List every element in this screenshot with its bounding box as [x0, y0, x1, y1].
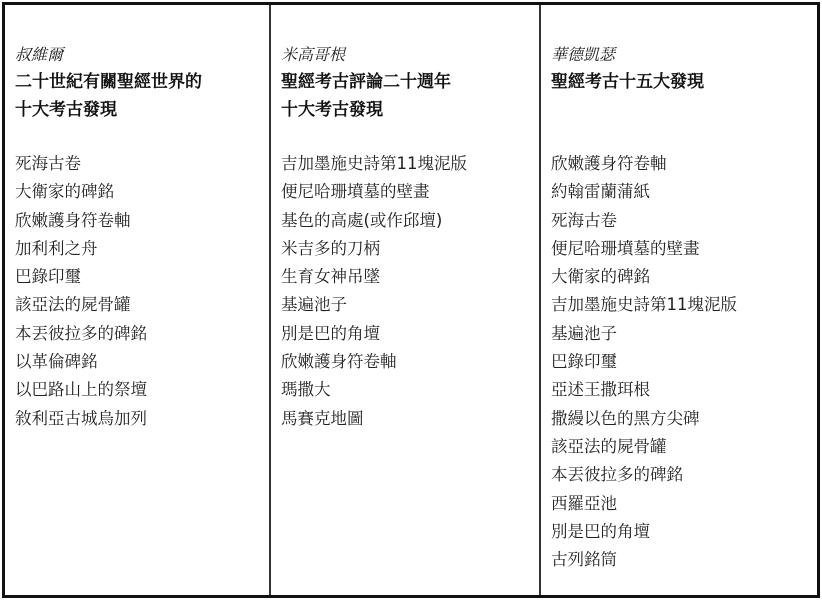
column-mcgovern: 米高哥根 聖經考古評論二十週年 十大考古發現 吉加墨施史詩第11塊泥版 便尼哈珊… [271, 5, 541, 595]
column-author: 米高哥根 [281, 42, 539, 68]
column-title: 二十世紀有關聖經世界的 十大考古發現 [15, 68, 269, 150]
comparison-table: 叔維爾 二十世紀有關聖經世界的 十大考古發現 死海古卷 大衛家的碑銘 欣嫩護身符… [2, 2, 820, 598]
list-item: 便尼哈珊墳墓的壁畫 [551, 235, 817, 263]
list-item: 吉加墨施史詩第11塊泥版 [281, 150, 539, 178]
list-item: 便尼哈珊墳墓的壁畫 [281, 178, 539, 206]
column-title: 聖經考古十五大發現 [551, 68, 817, 150]
list-item: 基遍池子 [281, 291, 539, 319]
column-title-line: 十大考古發現 [15, 96, 269, 124]
list-item: 別是巴的角壇 [551, 518, 817, 546]
list-item: 撒縵以色的黑方尖碑 [551, 405, 817, 433]
list-item: 本丟彼拉多的碑銘 [551, 461, 817, 489]
list-item: 馬賽克地圖 [281, 405, 539, 433]
list-item: 巴錄印璽 [551, 348, 817, 376]
list-item: 敘利亞古城烏加列 [15, 405, 269, 433]
list-item: 以巴路山上的祭壇 [15, 376, 269, 404]
column-title-line: 聖經考古十五大發現 [551, 68, 817, 96]
list-item: 欣嫩護身符卷軸 [281, 348, 539, 376]
column-author: 華德凱瑟 [551, 42, 817, 68]
list-item: 吉加墨施史詩第11塊泥版 [551, 291, 817, 319]
list-item: 西羅亞池 [551, 490, 817, 518]
list-item: 生育女神吊墜 [281, 263, 539, 291]
list-item: 欣嫩護身符卷軸 [15, 207, 269, 235]
list-item: 瑪撒大 [281, 376, 539, 404]
column-title: 聖經考古評論二十週年 十大考古發現 [281, 68, 539, 150]
list-item: 該亞法的屍骨罐 [15, 291, 269, 319]
list-item: 巴錄印璽 [15, 263, 269, 291]
discovery-list: 死海古卷 大衛家的碑銘 欣嫩護身符卷軸 加利利之舟 巴錄印璽 該亞法的屍骨罐 本… [15, 150, 269, 433]
column-author: 叔維爾 [15, 42, 269, 68]
discovery-list: 欣嫩護身符卷軸 約翰雷蘭蒲紙 死海古卷 便尼哈珊墳墓的壁畫 大衛家的碑銘 吉加墨… [551, 150, 817, 574]
list-item: 古列銘筒 [551, 546, 817, 574]
list-item: 加利利之舟 [15, 235, 269, 263]
list-item: 基色的高處(或作邱壇) [281, 207, 539, 235]
list-item: 以革倫碑銘 [15, 348, 269, 376]
list-item: 本丟彼拉多的碑銘 [15, 320, 269, 348]
column-title-line: 十大考古發現 [281, 96, 539, 124]
list-item: 大衛家的碑銘 [551, 263, 817, 291]
column-kaiser: 華德凱瑟 聖經考古十五大發現 欣嫩護身符卷軸 約翰雷蘭蒲紙 死海古卷 便尼哈珊墳… [541, 5, 817, 595]
list-item: 大衛家的碑銘 [15, 178, 269, 206]
list-item: 基遍池子 [551, 320, 817, 348]
discovery-list: 吉加墨施史詩第11塊泥版 便尼哈珊墳墓的壁畫 基色的高處(或作邱壇) 米吉多的刀… [281, 150, 539, 433]
column-vander: 叔維爾 二十世紀有關聖經世界的 十大考古發現 死海古卷 大衛家的碑銘 欣嫩護身符… [5, 5, 271, 595]
column-title-line: 聖經考古評論二十週年 [281, 68, 539, 96]
list-item: 該亞法的屍骨罐 [551, 433, 817, 461]
list-item: 死海古卷 [15, 150, 269, 178]
column-title-line: 二十世紀有關聖經世界的 [15, 68, 269, 96]
list-item: 亞述王撒珥根 [551, 376, 817, 404]
list-item: 別是巴的角壇 [281, 320, 539, 348]
list-item: 約翰雷蘭蒲紙 [551, 178, 817, 206]
list-item: 欣嫩護身符卷軸 [551, 150, 817, 178]
list-item: 米吉多的刀柄 [281, 235, 539, 263]
list-item: 死海古卷 [551, 207, 817, 235]
